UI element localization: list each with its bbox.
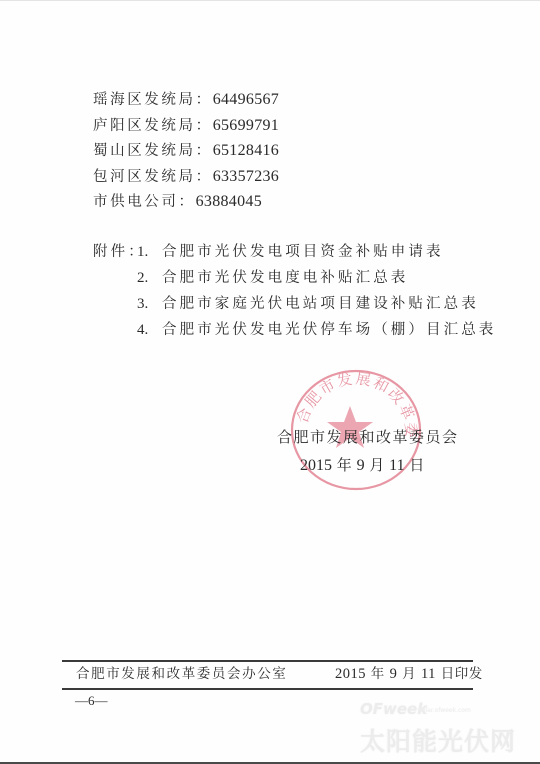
contact-label: 市供电公司： — [93, 194, 196, 210]
footer-month-unit: 月 — [402, 666, 416, 682]
contact-list: 瑶海区发统局：64496567 庐阳区发统局：65699791 蜀山区发统局：6… — [93, 90, 279, 218]
contact-label: 包河区发统局： — [93, 169, 213, 185]
attachment-item: 1.合肥市光伏发电项目资金补贴申请表 — [137, 242, 444, 262]
contact-item: 市供电公司：63884045 — [93, 192, 279, 218]
signature-year: 2015 — [300, 457, 332, 474]
contact-label: 庐阳区发统局： — [93, 118, 213, 134]
signature-day: 11 — [389, 457, 404, 474]
footer-top-rule — [62, 660, 473, 662]
signature-day-unit: 日 — [409, 456, 424, 474]
contact-label: 蜀山区发统局： — [93, 143, 213, 159]
contact-label: 瑶海区发统局： — [93, 92, 213, 108]
footer-issue-suffix: 日印发 — [441, 666, 483, 682]
attachment-title: 合肥市光伏发电光伏停车场（棚）目汇总表 — [162, 322, 496, 338]
attachment-title: 合肥市光伏发电度电补贴汇总表 — [162, 270, 408, 286]
footer-issuer: 合肥市发展和改革委员会办公室 — [76, 664, 287, 684]
contact-item: 瑶海区发统局：64496567 — [93, 90, 279, 116]
attachment-number: 2. — [137, 268, 162, 288]
footer-year-unit: 年 — [371, 666, 385, 682]
watermark: OFweek Solar.ofweek.com 太阳能光伏网 — [360, 700, 520, 756]
attachment-item: 4.合肥市光伏发电光伏停车场（棚）目汇总表 — [137, 320, 496, 340]
attachment-title: 合肥市家庭光伏电站项目建设补贴汇总表 — [162, 296, 479, 312]
watermark-subtitle: Solar.ofweek.com — [418, 707, 471, 714]
signature-organization: 合肥市发展和改革委员会 — [277, 427, 459, 447]
page-number: —6— — [75, 692, 108, 710]
contact-item: 庐阳区发统局：65699791 — [93, 116, 279, 142]
watermark-title: 太阳能光伏网 — [360, 722, 516, 758]
attachment-title: 合肥市光伏发电项目资金补贴申请表 — [162, 244, 444, 260]
contact-phone: 63884045 — [196, 193, 262, 210]
footer-bottom-rule — [62, 688, 473, 690]
footer-month: 9 — [390, 666, 398, 682]
signature-year-unit: 年 — [337, 456, 352, 474]
attachment-number: 1. — [137, 242, 162, 262]
page-top-edge — [0, 0, 540, 1]
attachment-item: 3.合肥市家庭光伏电站项目建设补贴汇总表 — [137, 294, 479, 314]
signature-date: 2015 年 9 月 11 日 — [300, 455, 424, 476]
contact-item: 包河区发统局：63357236 — [93, 167, 279, 193]
contact-phone: 65699791 — [213, 117, 279, 134]
footer-day: 11 — [421, 666, 436, 682]
signature-month: 9 — [357, 457, 365, 474]
contact-item: 蜀山区发统局：65128416 — [93, 141, 279, 167]
attachment-number: 4. — [137, 320, 162, 340]
footer-year: 2015 — [335, 666, 366, 682]
document-page: 瑶海区发统局：64496567 庐阳区发统局：65699791 蜀山区发统局：6… — [0, 0, 540, 764]
signature-month-unit: 月 — [369, 456, 384, 474]
attachment-number: 3. — [137, 294, 162, 314]
contact-phone: 64496567 — [213, 91, 279, 108]
attachment-item: 2.合肥市光伏发电度电补贴汇总表 — [137, 268, 408, 288]
contact-phone: 65128416 — [213, 142, 279, 159]
footer-issue-date: 2015 年 9 月 11 日印发 — [335, 664, 483, 684]
contact-phone: 63357236 — [213, 168, 279, 185]
